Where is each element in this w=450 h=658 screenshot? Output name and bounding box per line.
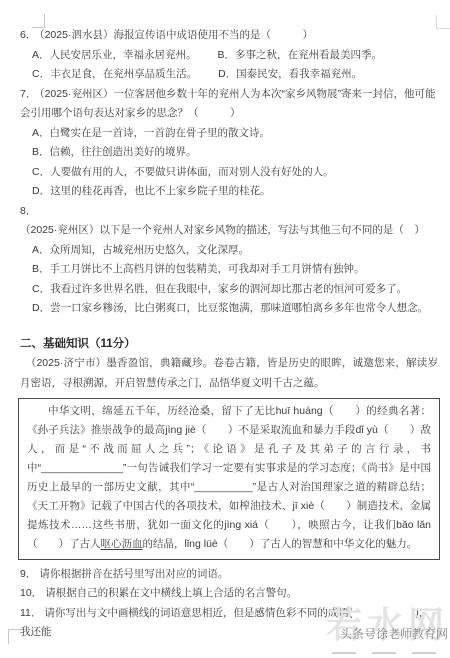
question-8-option-row: B．手工月饼比不上高档月饼的包装精美，可我却对手工月饼情有独钟。 <box>20 260 438 280</box>
question-9-text: 请你根据拼音在括号里写出对应的词语。 <box>39 568 228 580</box>
page-content: 6．（2025·泗水县）海报宣传语中成语使用不当的是（ ） A．人民安居乐业，幸… <box>20 26 438 643</box>
question-10: 10．请根据自己的积累在文中横线上填上合适的名言警句。 <box>20 584 438 604</box>
question-8-option-row: A．众所周知，古城兖州历史悠久，文化深厚。 <box>20 241 438 261</box>
question-6-option-b: B．多事之秋，在兖州看最美四季。 <box>218 49 383 61</box>
question-8-option-row: D．尝一口家乡糁汤，比白粥爽口，比豆浆饱满，那味道哪怕离乡多年也常令人想念。 <box>20 299 438 319</box>
passage-underlined-word: 呕心沥血 <box>101 538 143 550</box>
passage-part1: 中华文明，绵延五千年，历经沧桑，留下了无比huī huáng（ ）的经典名著：《… <box>27 405 431 550</box>
question-8-option-b: B．手工月饼比不上高档月饼的包装精美，可我却对手工月饼情有独钟。 <box>32 263 365 275</box>
question-8-option-d: D．尝一口家乡糁汤，比白粥爽口，比豆浆饱满，那味道哪怕离乡多年也常令人想念。 <box>32 302 428 314</box>
question-7-option-row: B．信赖，往往创造出美好的境界。 <box>20 143 438 163</box>
question-6-options-row-2: C．丰衣足食，在兖州享品质生活。D．国泰民安，看我幸福兖州。 <box>20 65 438 85</box>
question-7-option-b: B．信赖，往往创造出美好的境界。 <box>32 146 197 158</box>
passage-text: 中华文明，绵延五千年，历经沧桑，留下了无比huī huáng（ ）的经典名著：《… <box>27 402 431 554</box>
watermark: 若水网 头条号徐老师教育网 <box>280 603 450 658</box>
document-page: 6．（2025·泗水县）海报宣传语中成语使用不当的是（ ） A．人民安居乐业，幸… <box>0 0 450 658</box>
question-10-number: 10． <box>20 587 42 599</box>
watermark-overlay-text: 头条号徐老师教育网 <box>340 627 448 641</box>
question-7-option-row: C．人要做有用的人，不要做只讲体面，而对别人没有好处的人。 <box>20 163 438 183</box>
question-6-number: 6． <box>20 29 36 41</box>
question-6-stem: （2025·泗水县）海报宣传语中成语使用不当的是（ ） <box>39 29 313 41</box>
question-7-number: 7． <box>20 88 36 100</box>
question-6-option-a: A．人民安居乐业，幸福永居兖州。 <box>32 49 197 61</box>
watermark-dash <box>412 652 436 654</box>
watermark-dash <box>332 652 356 654</box>
question-7-option-c: C．人要做有用的人，不要做只讲体面，而对别人没有好处的人。 <box>32 166 334 178</box>
watermark-dash <box>372 652 396 654</box>
question-10-text: 请根据自己的积累在文中横线上填上合适的名言警句。 <box>45 587 297 599</box>
question-7-option-row: D．这里的桂花再香，也比不上家乡院子里的桂花。 <box>20 182 438 202</box>
page-margin-mark-top-right <box>436 15 450 29</box>
question-7-option-d: D．这里的桂花再香，也比不上家乡院子里的桂花。 <box>32 185 271 197</box>
passage-box: 中华文明，绵延五千年，历经沧桑，留下了无比huī huáng（ ）的经典名著：《… <box>18 398 440 560</box>
question-6: 6．（2025·泗水县）海报宣传语中成语使用不当的是（ ） A．人民安居乐业，幸… <box>20 26 438 85</box>
question-6-stem-line: 6．（2025·泗水县）海报宣传语中成语使用不当的是（ ） <box>20 26 438 46</box>
question-8-option-a: A．众所周知，古城兖州历史悠久，文化深厚。 <box>32 244 249 256</box>
question-6-option-c: C．丰衣足食，在兖州享品质生活。 <box>32 68 197 80</box>
question-7-stem: （2025·兖州区）一位客居他乡数十年的兖州人为本次“家乡风物展”寄来一封信，他… <box>20 88 435 120</box>
question-6-options-row-1: A．人民安居乐业，幸福永居兖州。B．多事之秋，在兖州看最美四季。 <box>20 46 438 66</box>
question-8: 8．（2025·兖州区）以下是一个兖州人对家乡风物的描述，写法与其他三句不同的是… <box>20 202 438 319</box>
question-8-option-c: C．我看过许多世界名胜，但在我眼中，家乡的泗河却比那古老的恒河可爱多了。 <box>32 283 407 295</box>
section-heading: 二、基础知识（11分） <box>20 335 438 355</box>
question-9-number: 9． <box>20 568 36 580</box>
passage-part2: 的结晶，lǐng lüè（ ）了古人的智慧和中华文化的魅力。 <box>143 538 418 550</box>
question-7-stem-line: 7．（2025·兖州区）一位客居他乡数十年的兖州人为本次“家乡风物展”寄来一封信… <box>20 85 438 124</box>
question-9: 9．请你根据拼音在括号里写出对应的词语。 <box>20 565 438 585</box>
question-11-number: 11． <box>20 607 41 619</box>
question-7-option-a: A．白鹭实在是一首诗，一首韵在骨子里的散文诗。 <box>32 127 270 139</box>
question-8-number: 8． <box>20 205 36 217</box>
question-7: 7．（2025·兖州区）一位客居他乡数十年的兖州人为本次“家乡风物展”寄来一封信… <box>20 85 438 202</box>
question-8-stem: （2025·兖州区）以下是一个兖州人对家乡风物的描述，写法与其他三句不同的是（ … <box>20 224 425 236</box>
question-8-option-row: C．我看过许多世界名胜，但在我眼中，家乡的泗河却比那古老的恒河可爱多了。 <box>20 280 438 300</box>
question-6-option-d: D．国泰民安，看我幸福兖州。 <box>218 68 362 80</box>
section-intro: （2025·济宁市）墨香盈馆，典籍藏珍。卷卷古籍，皆是历史的眼眸，诚邀您来，解读… <box>20 354 438 393</box>
basics-section: 二、基础知识（11分） （2025·济宁市）墨香盈馆，典籍藏珍。卷卷古籍，皆是历… <box>20 335 438 643</box>
question-7-option-row: A．白鹭实在是一首诗，一首韵在骨子里的散文诗。 <box>20 124 438 144</box>
question-8-stem-line: 8．（2025·兖州区）以下是一个兖州人对家乡风物的描述，写法与其他三句不同的是… <box>20 202 438 241</box>
